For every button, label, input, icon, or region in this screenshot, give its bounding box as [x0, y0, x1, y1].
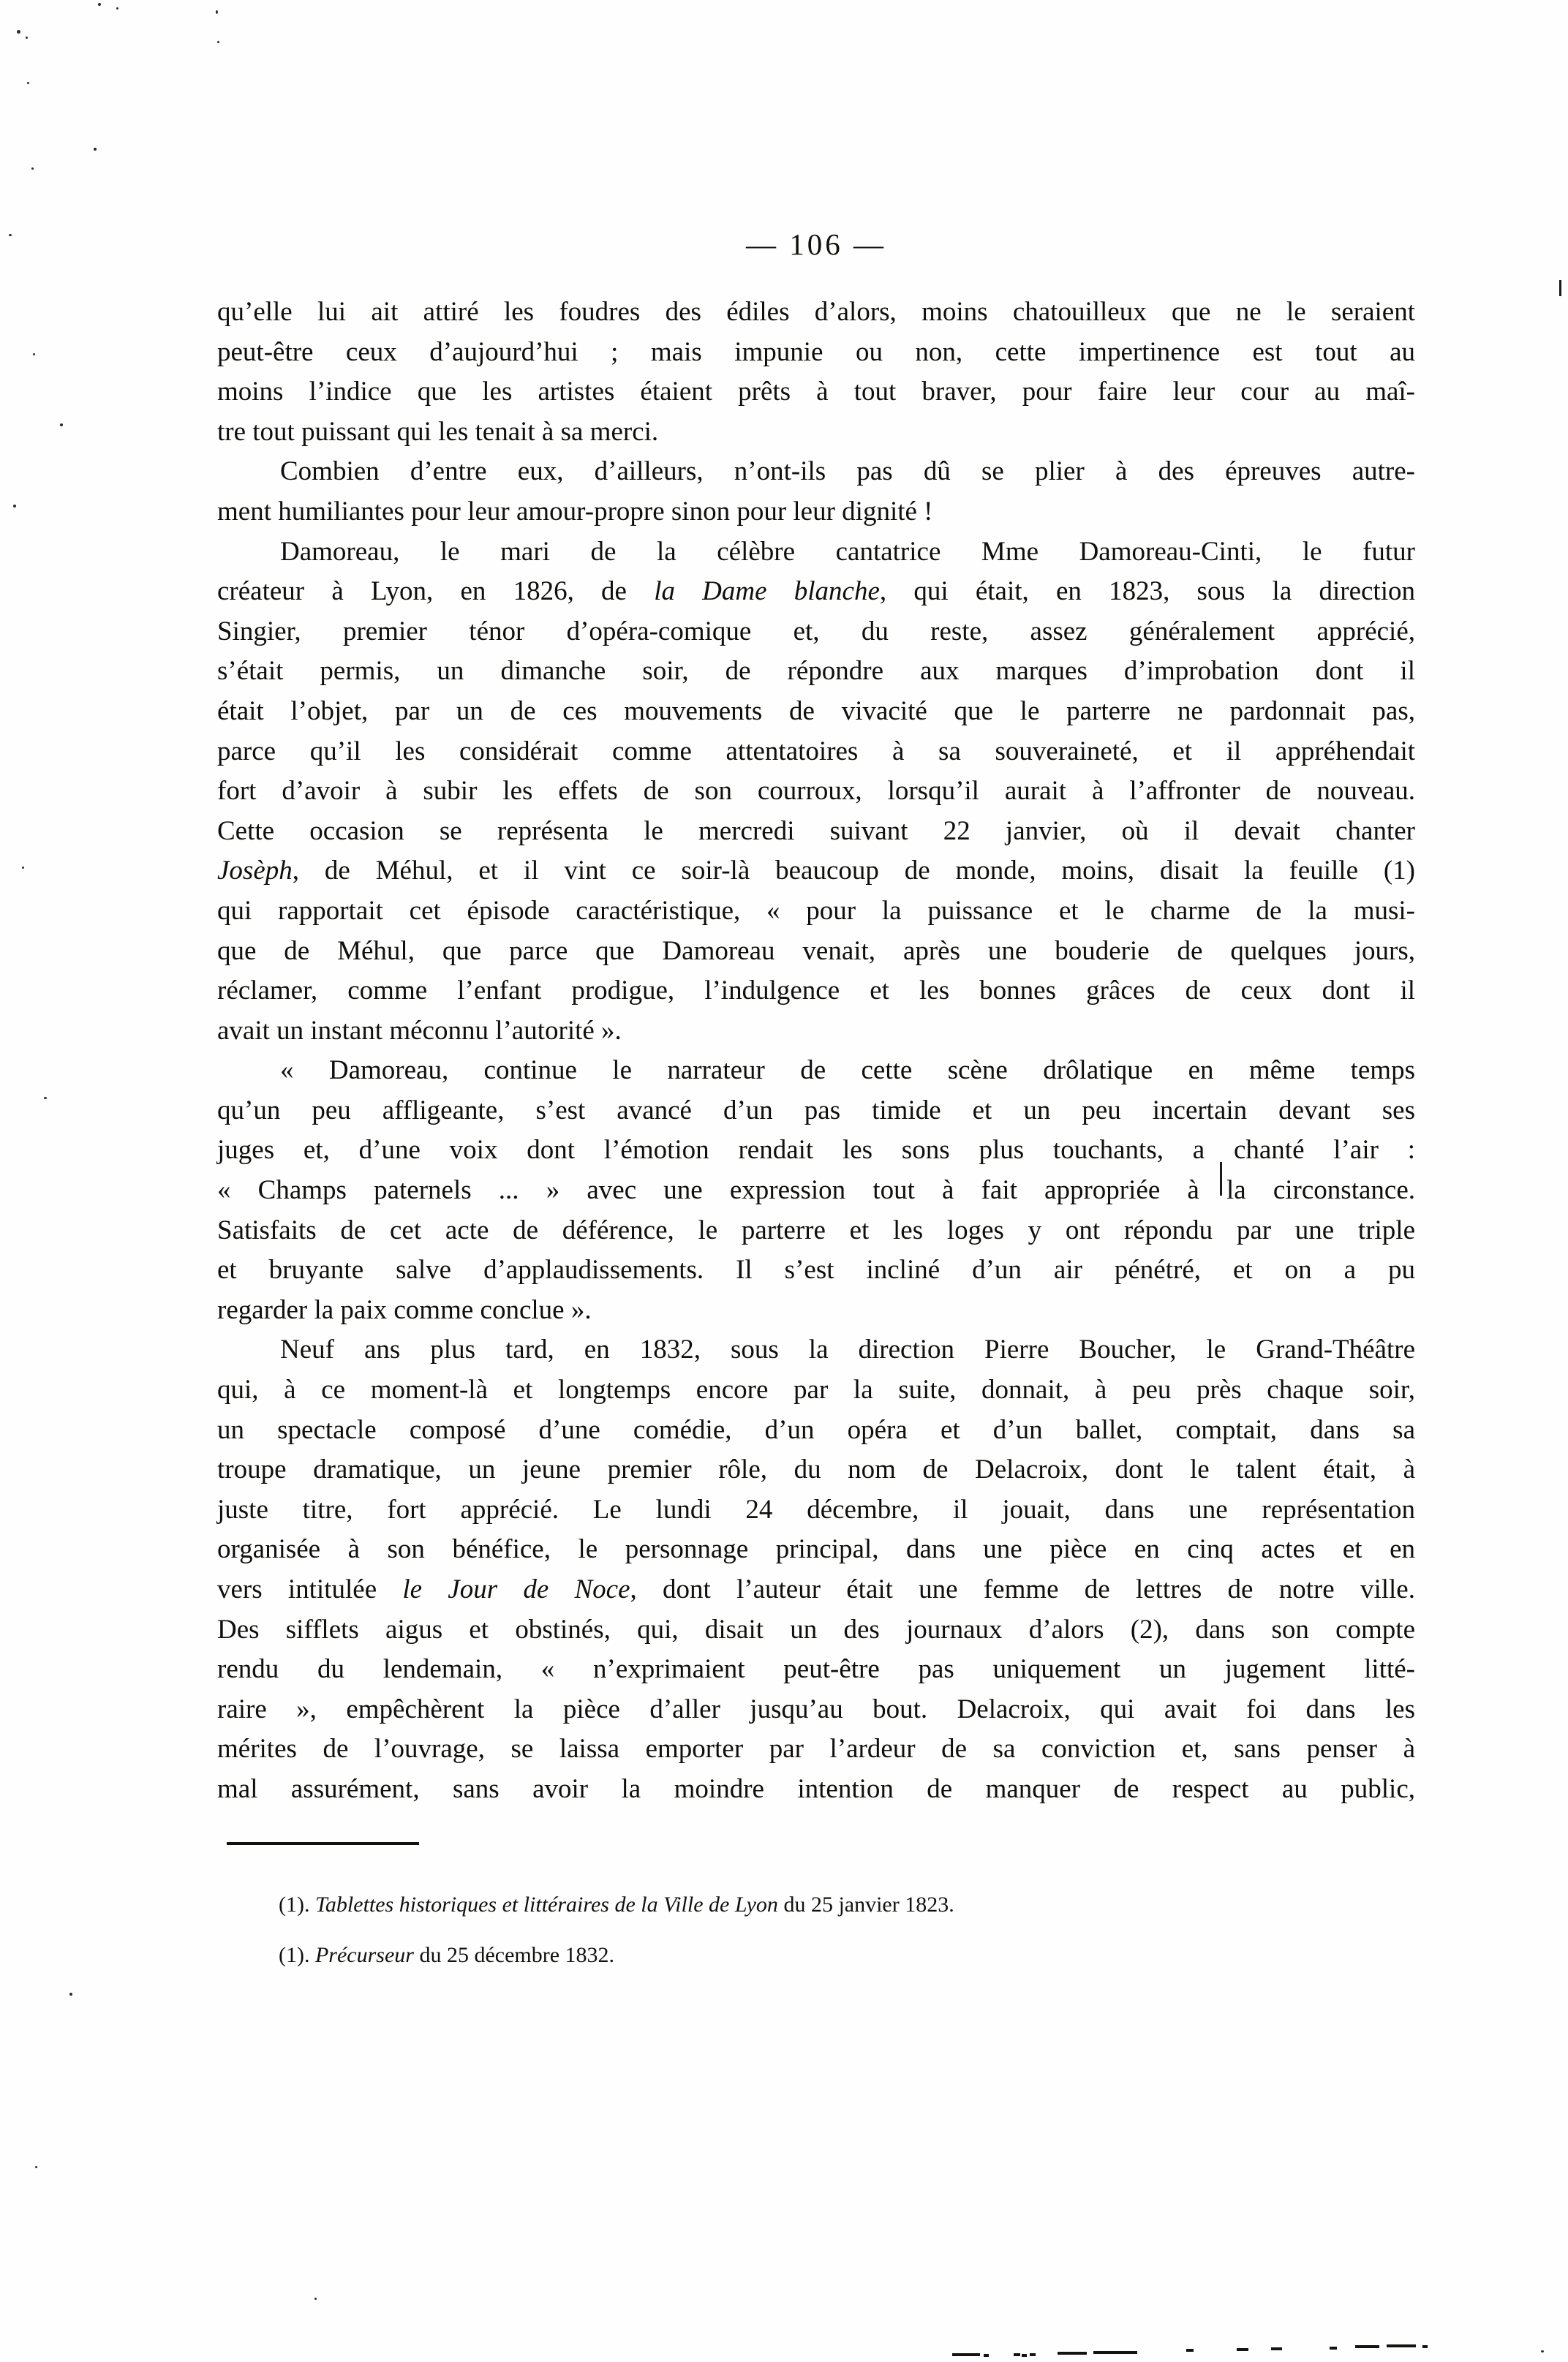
scan-speck	[217, 41, 219, 43]
scan-speck	[314, 2298, 317, 2300]
scan-ink-mark	[1559, 280, 1561, 296]
text-line-p4-l5: Satisfaits de cet acte de déférence, le …	[217, 1211, 1415, 1251]
text-line-p5-l9: rendu du lendemain, « n’exprimaient peut…	[217, 1650, 1415, 1690]
text-line-p2-l1: Combien d’entre eux, d’ailleurs, n’ont-i…	[217, 452, 1415, 492]
scan-artifact-dash	[1237, 2348, 1248, 2351]
text-line-p5-l8: Des sifflets aigus et obstinés, qui, dis…	[217, 1610, 1415, 1650]
scan-speck	[44, 1097, 47, 1099]
text-line-p3-l1: Damoreau, le mari de la célèbre cantatri…	[217, 532, 1415, 573]
text-line-p3-l3: Singier, premier ténor d’opéra-comique e…	[217, 612, 1415, 652]
scan-speck	[69, 1993, 72, 1996]
text-line-p1-l3: moins l’indice que les artistes étaient …	[217, 372, 1415, 412]
text-line-p5-l12: mal assurément, sans avoir la moindre in…	[217, 1770, 1415, 1810]
text-line-p1-l2: peut-être ceux d’aujourd’hui ; mais impu…	[217, 333, 1415, 373]
scan-speck	[9, 234, 12, 236]
text-line-p3-l5: était l’objet, par un de ces mouvements …	[217, 692, 1415, 732]
text-line-p3-l4: s’était permis, un dimanche soir, de rép…	[217, 652, 1415, 692]
italic-title: Tablettes historiques et littéraires de …	[315, 1893, 778, 1917]
scan-speck	[1541, 2350, 1544, 2352]
text-line-p5-l1: Neuf ans plus tard, en 1832, sous la dir…	[217, 1330, 1415, 1370]
text-line-p5-l7: vers intitulée le Jour de Noce, dont l’a…	[217, 1570, 1415, 1610]
footnote-rule	[227, 1842, 419, 1845]
text-line-p2-l2: ment humiliantes pour leur amour-propre …	[217, 492, 1415, 532]
text-line-p3-l2: créateur à Lyon, en 1826, de la Dame bla…	[217, 572, 1415, 612]
scan-speck	[13, 505, 16, 508]
scan-artifact-dash	[1022, 2354, 1027, 2357]
scan-artifact-dash	[1186, 2349, 1194, 2352]
footnotes: (1). Tablettes historiques et littéraire…	[279, 1879, 1303, 1980]
text-line-p3-l7: fort d’avoir à subir les effets de son c…	[217, 771, 1415, 812]
italic-title: le Jour de Noce	[402, 1574, 630, 1604]
text-line-p5-l5: juste titre, fort apprécié. Le lundi 24 …	[217, 1490, 1415, 1531]
text-line-p4-l6: et bruyante salve d’applaudissements. Il…	[217, 1250, 1415, 1291]
scan-artifact-dash	[1330, 2347, 1337, 2350]
body-text: qu’elle lui ait attiré les foudres des é…	[217, 293, 1415, 1810]
text-line-p3-l8: Cette occasion se représenta le mercredi…	[217, 812, 1415, 852]
italic-title: la Dame blanche	[654, 576, 880, 606]
footnote-2: (1). Précurseur du 25 décembre 1832.	[279, 1930, 1303, 1980]
scan-speck	[35, 2166, 37, 2168]
scan-speck	[116, 7, 118, 10]
scan-speck	[60, 423, 63, 426]
text-line-p3-l6: parce qu’il les considérait comme attent…	[217, 732, 1415, 772]
scan-speck	[31, 167, 34, 170]
italic-title: Josèph	[217, 856, 293, 886]
scan-artifact-dash	[1355, 2345, 1379, 2348]
scan-artifact-dash	[1093, 2351, 1137, 2354]
scan-artifact-dash	[1387, 2344, 1416, 2347]
text-line-p3-l13: avait un instant méconnu l’autorité ».	[217, 1011, 1415, 1052]
scan-speck	[17, 30, 20, 34]
text-line-p5-l2: qui, à ce moment-là et longtemps encore …	[217, 1370, 1415, 1411]
scan-artifact-dash	[1422, 2345, 1428, 2348]
scan-speck	[98, 3, 101, 6]
scan-artifact-dash	[952, 2353, 980, 2356]
text-line-p5-l10: raire », empêchèrent la pièce d’aller ju…	[217, 1690, 1415, 1730]
text-line-p5-l3: un spectacle composé d’une comédie, d’un…	[217, 1411, 1415, 1451]
scan-speck	[26, 37, 28, 39]
page-number: — 106 —	[217, 227, 1415, 262]
footnote-1: (1). Tablettes historiques et littéraire…	[279, 1879, 1303, 1930]
scan-speck	[216, 10, 218, 14]
text-line-p4-l4: « Champs paternels ... » avec une expres…	[217, 1171, 1415, 1211]
text-line-p3-l9: Josèph, de Méhul, et il vint ce soir-là …	[217, 851, 1415, 891]
scan-artifact-dash	[1058, 2352, 1087, 2355]
scan-artifact-dash	[1014, 2353, 1020, 2356]
text-line-p5-l4: troupe dramatique, un jeune premier rôle…	[217, 1450, 1415, 1490]
scanned-book-page: — 106 — qu’elle lui ait attiré les foudr…	[0, 0, 1568, 2362]
scan-artifact-dash	[984, 2354, 989, 2357]
scan-speck	[94, 148, 97, 151]
scan-ink-mark	[1220, 1162, 1222, 1196]
text-line-p4-l7: regarder la paix comme conclue ».	[217, 1291, 1415, 1331]
text-line-p4-l3: juges et, d’une voix dont l’émotion rend…	[217, 1131, 1415, 1171]
text-line-p4-l1: « Damoreau, continue le narrateur de cet…	[217, 1051, 1415, 1091]
text-line-p5-l11: mérites de l’ouvrage, se laissa emporter…	[217, 1729, 1415, 1770]
italic-title: Précurseur	[315, 1943, 414, 1967]
text-line-p5-l6: organisée à son bénéfice, le personnage …	[217, 1530, 1415, 1570]
scan-artifact-dash	[1271, 2347, 1282, 2350]
scan-artifact-dash	[1030, 2353, 1036, 2356]
text-line-p3-l10: qui rapportait cet épisode caractéristiq…	[217, 891, 1415, 932]
text-line-p3-l11: que de Méhul, que parce que Damoreau ven…	[217, 932, 1415, 972]
scan-speck	[27, 82, 29, 84]
scan-speck	[33, 353, 35, 355]
text-line-p3-l12: réclamer, comme l’enfant prodigue, l’ind…	[217, 971, 1415, 1011]
text-line-p1-l1: qu’elle lui ait attiré les foudres des é…	[217, 293, 1415, 333]
scan-speck	[22, 867, 24, 869]
text-line-p1-l4: tre tout puissant qui les tenait à sa me…	[217, 412, 1415, 453]
text-line-p4-l2: qu’un peu affligeante, s’est avancé d’un…	[217, 1091, 1415, 1131]
